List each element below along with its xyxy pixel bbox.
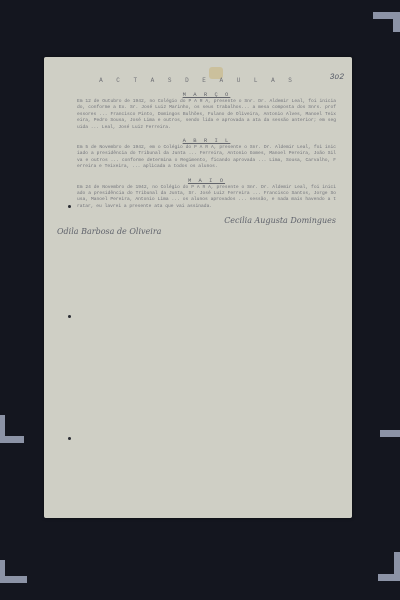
section-text: Em 5 de Novembro de 1942, em o Colégio d…	[77, 145, 336, 171]
section-text: Em 12 de Outubro de 1942, no Colégio do …	[77, 99, 336, 131]
document-page: 3o2 A C T A S D E A U L A S M A R Ç O Em…	[44, 57, 352, 518]
signature: Cecilia Augusta Domingues	[224, 216, 336, 225]
section-heading: M A R Ç O	[77, 91, 336, 98]
section-heading: M A I O	[77, 177, 336, 184]
signature-block: Cecilia Augusta Domingues Odila Barbosa …	[77, 216, 336, 242]
section-heading: A B R I L	[77, 137, 336, 144]
section-3: M A I O Em 24 de Novembro de 1942, no Co…	[77, 177, 336, 211]
punch-hole	[68, 315, 71, 318]
document-body: M A R Ç O Em 12 de Outubro de 1942, no C…	[77, 89, 336, 242]
section-text: Em 24 de Novembro de 1942, no Colégio do…	[77, 185, 336, 211]
signature: Odila Barbosa de Oliveira	[57, 227, 161, 236]
section-1: M A R Ç O Em 12 de Outubro de 1942, no C…	[77, 91, 336, 131]
punch-hole	[68, 437, 71, 440]
document-title: A C T A S D E A U L A S	[44, 77, 352, 84]
section-2: A B R I L Em 5 de Novembro de 1942, em o…	[77, 137, 336, 171]
punch-hole	[68, 205, 71, 208]
